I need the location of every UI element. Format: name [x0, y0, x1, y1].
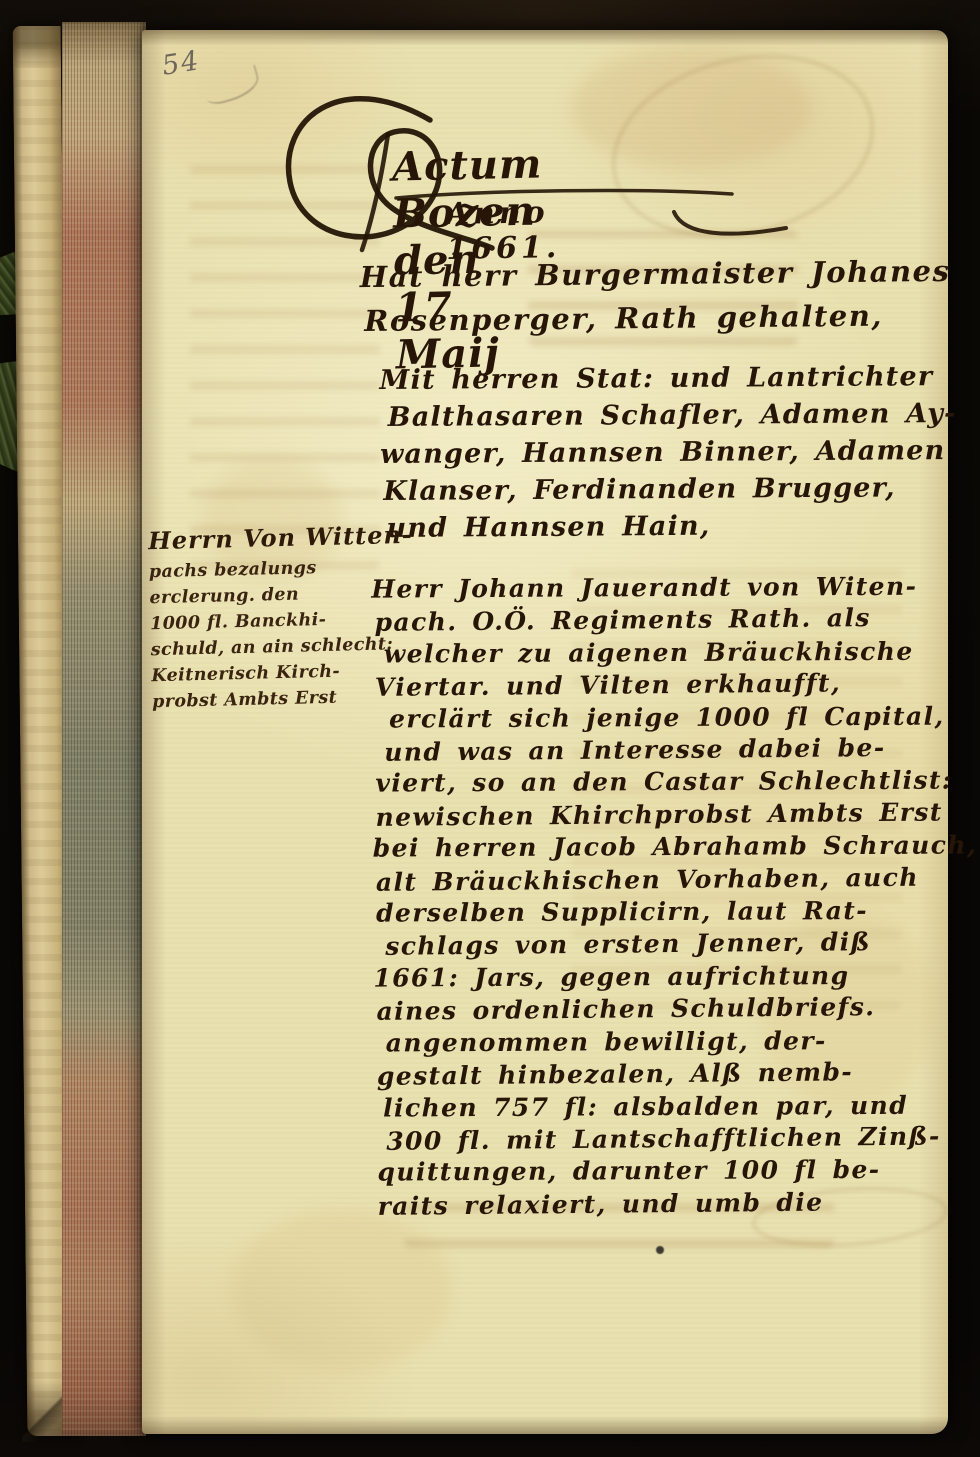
- pencil-scribble: [201, 65, 263, 107]
- manuscript-line: viert, so an den Castar Schlechtlist:: [375, 765, 976, 801]
- manuscript-line: Herr Johann Jauerandt von Witen-: [371, 570, 975, 606]
- manuscript-line: und was an Interesse dabei be-: [384, 731, 977, 769]
- manuscript-line: erclärt sich jenige 1000 fl Capital,: [389, 700, 976, 735]
- manuscript-line: 1661: Jars, gegen aufrichtung: [373, 959, 977, 995]
- manuscript-line: wanger, Hannsen Binner, Adamen: [380, 432, 957, 473]
- paper-stain: [572, 48, 812, 168]
- manuscript-line: alt Bräuckhischen Vorhaben, auch: [376, 861, 978, 899]
- manuscript-line: 300 fl. mit Lantschafftlichen Zinß-: [386, 1120, 979, 1158]
- manuscript-line: und Hannsen Hain,: [386, 506, 957, 547]
- manuscript-line: quittungen, darunter 100 fl be-: [377, 1154, 978, 1190]
- manuscript-line: Viertar. und Vilten erkhaufft,: [375, 666, 977, 704]
- manuscript-scan: 54 Actum Bozen den 17 Maij Anno 1661. Ha…: [0, 0, 980, 1457]
- manuscript-line: pach. O.Ö. Regiments Rath. als: [374, 602, 976, 640]
- manuscript-line: aines ordenlichen Schuldbriefs.: [376, 990, 978, 1028]
- manuscript-line: gestalt hinbezalen, Alß nemb-: [377, 1055, 979, 1093]
- manuscript-line: welcher zu aigenen Bräuckhische: [384, 635, 976, 671]
- manuscript-line: Rosenperger, Rath gehalten,: [364, 293, 951, 343]
- manuscript-line: Herrn Von Witten-: [148, 517, 414, 559]
- manuscript-line: Klanser, Ferdinanden Brugger,: [383, 469, 957, 510]
- anno-terminal-swash: [670, 206, 790, 240]
- body-paragraph: Herr Johann Jauerandt von Witen-pach. O.…: [374, 570, 979, 1221]
- manuscript-page: 54 Actum Bozen den 17 Maij Anno 1661. Ha…: [142, 30, 948, 1434]
- manuscript-line: derselben Supplicirn, laut Rat-: [376, 894, 977, 930]
- manuscript-line: schlags von ersten Jenner, diß: [385, 926, 978, 964]
- page-fore-edges: [62, 22, 146, 1436]
- manuscript-line: bei herren Jacob Abrahamb Schrauch,: [373, 830, 977, 866]
- manuscript-line: raits relaxiert, und umb die: [377, 1185, 979, 1223]
- folio-number: 54: [160, 45, 203, 82]
- manuscript-line: angenommen bewilligt, der-: [386, 1024, 978, 1060]
- manuscript-line: Balthasaren Schafler, Adamen Ay-: [388, 395, 957, 436]
- council-paragraph: Mit herren Stat: und LantrichterBalthasa…: [379, 358, 957, 547]
- ink-dot: [656, 1246, 664, 1254]
- manuscript-line: lichen 757 fl: alsbalden par, und: [383, 1089, 978, 1125]
- opening-paragraph: Hat herr Burgermaister JohanesRosenperge…: [360, 249, 951, 343]
- manuscript-line: newischen Khirchprobst Ambts Erst: [375, 796, 977, 834]
- manuscript-line: Mit herren Stat: und Lantrichter: [379, 358, 956, 399]
- paper-stain: [232, 1210, 452, 1370]
- manuscript-line: Hat herr Burgermaister Johanes: [360, 249, 951, 299]
